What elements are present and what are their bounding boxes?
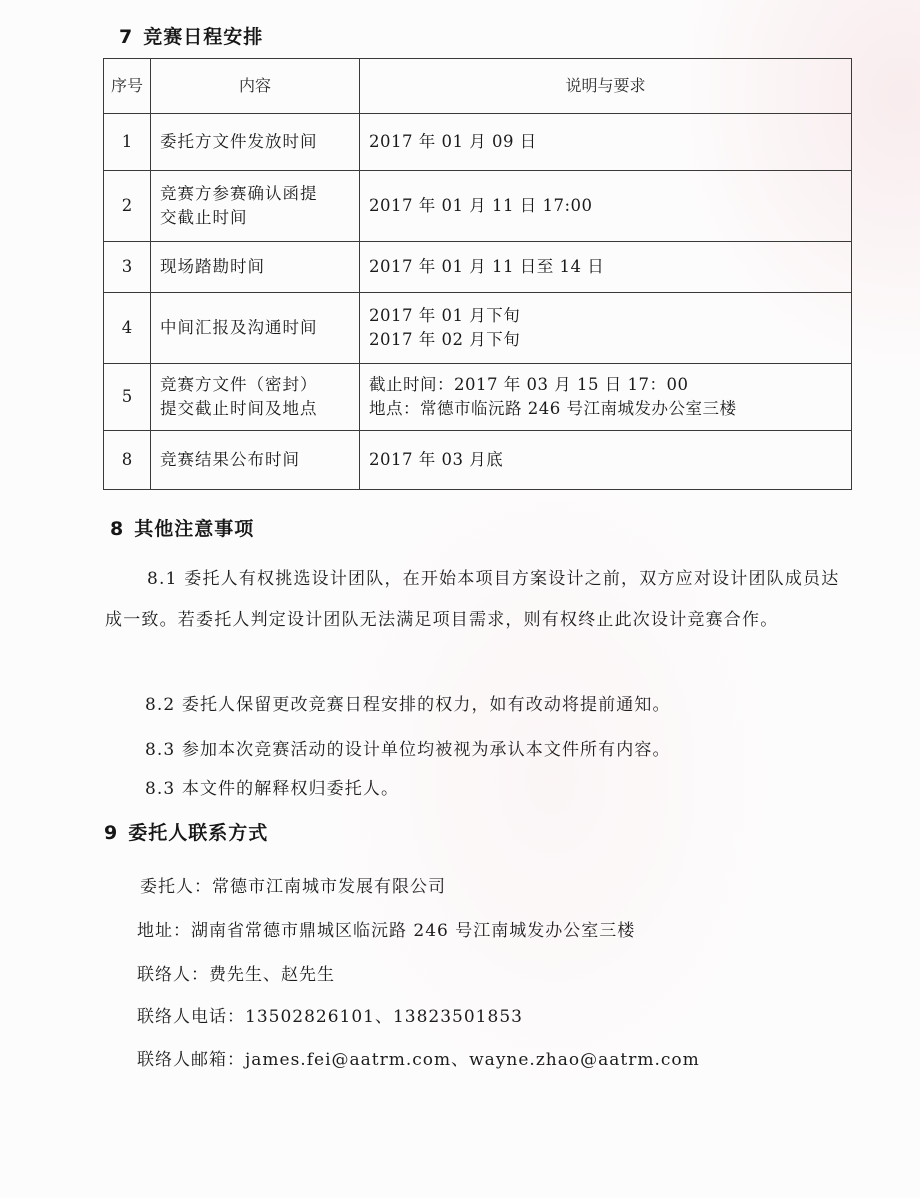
table-row: 2 竞赛方参赛确认函提 交截止时间 2017 年 01 月 11 日 17:00 (104, 171, 852, 242)
description-line: 2017 年 01 月 11 日至 14 日 (369, 255, 842, 279)
content-line: 交截止时间 (160, 206, 350, 230)
section-title: 竞赛日程安排 (143, 26, 263, 48)
contact-address: 地址：湖南省常德市鼎城区临沅路 246 号江南城发办公室三楼 (137, 916, 635, 941)
description-line: 截止时间：2017 年 03 月 15 日 17：00 (369, 373, 842, 397)
row-content: 中间汇报及沟通时间 (151, 293, 360, 364)
row-seq: 3 (104, 242, 151, 293)
note-item-8-3b: 8.3 本文件的解释权归委托人。 (145, 774, 399, 799)
row-seq: 2 (104, 171, 151, 242)
contact-value: james.fei@aatrm.com、wayne.zhao@aatrm.com (245, 1050, 700, 1070)
row-seq: 1 (104, 114, 151, 171)
description-line: 2017 年 02 月下旬 (369, 328, 842, 352)
contact-label: 联络人： (137, 965, 209, 985)
row-description: 2017 年 01 月 09 日 (360, 114, 852, 171)
description-line: 2017 年 01 月下旬 (369, 304, 842, 328)
section-number: 8 (110, 518, 124, 540)
row-seq: 8 (104, 431, 151, 490)
description-line: 2017 年 01 月 11 日 17:00 (369, 194, 842, 218)
contact-value: 13502826101、13823501853 (245, 1007, 523, 1027)
header-seq: 序号 (104, 59, 151, 114)
row-description: 截止时间：2017 年 03 月 15 日 17：00 地点：常德市临沅路 24… (360, 364, 852, 431)
section-7-heading: 7竞赛日程安排 (119, 22, 263, 49)
contact-value: 湖南省常德市鼎城区临沅路 246 号江南城发办公室三楼 (191, 921, 635, 941)
table-row: 1 委托方文件发放时间 2017 年 01 月 09 日 (104, 114, 852, 171)
row-description: 2017 年 01 月下旬 2017 年 02 月下旬 (360, 293, 852, 364)
row-content: 委托方文件发放时间 (151, 114, 360, 171)
section-number: 7 (119, 26, 133, 48)
contact-client: 委托人：常德市江南城市发展有限公司 (140, 872, 446, 897)
table-row: 3 现场踏勘时间 2017 年 01 月 11 日至 14 日 (104, 242, 852, 293)
row-content: 现场踏勘时间 (151, 242, 360, 293)
header-content: 内容 (151, 59, 360, 114)
content-line: 现场踏勘时间 (160, 255, 350, 279)
row-seq: 5 (104, 364, 151, 431)
contact-value: 费先生、赵先生 (209, 965, 335, 985)
note-item-8-3a: 8.3 参加本次竞赛活动的设计单位均被视为承认本文件所有内容。 (145, 735, 671, 760)
content-line: 竞赛方文件（密封） (160, 373, 350, 397)
content-line: 竞赛结果公布时间 (160, 448, 350, 472)
schedule-table: 序号 内容 说明与要求 1 委托方文件发放时间 2017 年 01 月 09 日… (103, 58, 852, 490)
content-line: 提交截止时间及地点 (160, 397, 350, 421)
row-description: 2017 年 01 月 11 日至 14 日 (360, 242, 852, 293)
contact-value: 常德市江南城市发展有限公司 (212, 877, 446, 897)
content-line: 竞赛方参赛确认函提 (160, 182, 350, 206)
contact-label: 联络人电话： (137, 1007, 245, 1027)
contact-label: 委托人： (140, 877, 212, 897)
row-description: 2017 年 01 月 11 日 17:00 (360, 171, 852, 242)
table-row: 5 竞赛方文件（密封） 提交截止时间及地点 截止时间：2017 年 03 月 1… (104, 364, 852, 431)
content-line: 委托方文件发放时间 (160, 130, 350, 154)
note-item-8-2: 8.2 委托人保留更改竞赛日程安排的权力，如有改动将提前通知。 (145, 690, 671, 715)
contact-person: 联络人：费先生、赵先生 (137, 960, 335, 985)
content-line: 中间汇报及沟通时间 (160, 316, 350, 340)
description-line: 地点：常德市临沅路 246 号江南城发办公室三楼 (369, 397, 842, 421)
note-item-8-1: 8.1 委托人有权挑选设计团队，在开始本项目方案设计之前，双方应对设计团队成员达… (105, 559, 843, 641)
row-content: 竞赛方文件（密封） 提交截止时间及地点 (151, 364, 360, 431)
section-title: 委托人联系方式 (128, 822, 268, 844)
table-row: 8 竞赛结果公布时间 2017 年 03 月底 (104, 431, 852, 490)
section-8-heading: 8其他注意事项 (110, 514, 254, 541)
header-description: 说明与要求 (360, 59, 852, 114)
contact-email: 联络人邮箱：james.fei@aatrm.com、wayne.zhao@aat… (137, 1045, 700, 1070)
section-title: 其他注意事项 (134, 518, 254, 540)
table-header-row: 序号 内容 说明与要求 (104, 59, 852, 114)
contact-label: 联络人邮箱： (137, 1050, 245, 1070)
section-9-heading: 9委托人联系方式 (104, 818, 268, 845)
row-content: 竞赛方参赛确认函提 交截止时间 (151, 171, 360, 242)
section-number: 9 (104, 822, 118, 844)
description-line: 2017 年 03 月底 (369, 448, 842, 472)
row-description: 2017 年 03 月底 (360, 431, 852, 490)
description-line: 2017 年 01 月 09 日 (369, 130, 842, 154)
row-seq: 4 (104, 293, 151, 364)
contact-label: 地址： (137, 921, 191, 941)
contact-phone: 联络人电话：13502826101、13823501853 (137, 1002, 523, 1027)
row-content: 竞赛结果公布时间 (151, 431, 360, 490)
table-row: 4 中间汇报及沟通时间 2017 年 01 月下旬 2017 年 02 月下旬 (104, 293, 852, 364)
